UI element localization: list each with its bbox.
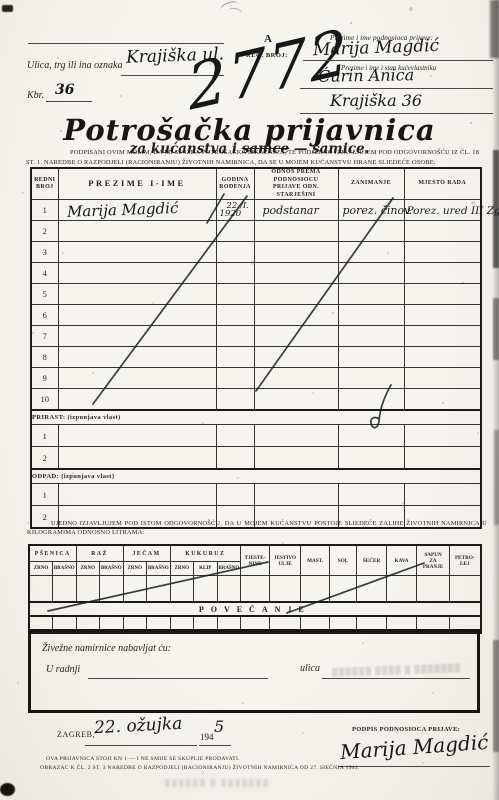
purchase-intro-label: Živežne namirnice nabavljat ću: (42, 643, 171, 654)
supplies-empty-cell (330, 576, 357, 603)
supplies-empty-cell (53, 576, 77, 603)
member-occupation-cell (338, 389, 404, 411)
supplies-sub-header: ZRNO (123, 562, 147, 576)
member-name-cell (58, 326, 216, 347)
member-birth-cell (216, 389, 254, 411)
row-number: 5 (31, 284, 58, 305)
empty-cell (338, 484, 404, 506)
supplies-sub-header: ZRNO (170, 562, 194, 576)
odpad-label: ODPAD: (izpunjava vlast) (31, 469, 481, 484)
place-label: ZAGREB, (57, 730, 95, 739)
supplies-empty-cell (170, 576, 194, 603)
member-occupation-value: porez. činov. (339, 204, 413, 217)
signature-underline (338, 766, 490, 767)
member-workplace-cell (404, 347, 481, 368)
empty-cell (216, 425, 254, 447)
odpad-row: 1 (31, 484, 481, 506)
member-name-value: Marija Magdić (58, 198, 178, 220)
supplies-empty-cell (100, 576, 124, 603)
member-relation-cell (254, 263, 338, 284)
date-underline (85, 745, 197, 746)
supplies-sub-header: ZRNO (76, 562, 100, 576)
row-number: 10 (31, 389, 58, 411)
member-row: 1Marija Magdić22./I.1920podstanarporez. … (31, 200, 481, 221)
member-relation-cell (254, 305, 338, 326)
members-header-row: REDNI BROJ PREZIME I-IME GODINA ROĐENJA … (31, 168, 481, 200)
supplies-empty-cell (194, 576, 218, 603)
member-occupation-cell (338, 326, 404, 347)
prirast-label: PRIRAST: (izpunjava vlast) (31, 410, 481, 425)
member-row: 8 (31, 347, 481, 368)
scanned-form-page: Ulica, trg ili ina oznaka Krajiška ul. K… (0, 0, 499, 800)
member-occupation-cell (338, 221, 404, 242)
member-name-cell (58, 242, 216, 263)
header-mjesto-rada: MJESTO RADA (404, 168, 481, 200)
member-workplace-cell (404, 368, 481, 389)
supplies-column-header: TJESTE- NINE (241, 545, 270, 576)
ink-smudge (227, 7, 243, 19)
paper-noise (0, 0, 2, 2)
supplies-column-header: PETRO- LEJ (450, 545, 481, 576)
household-members-table: REDNI BROJ PREZIME I-IME GODINA ROĐENJA … (30, 167, 482, 529)
scan-edge-mark (493, 298, 499, 360)
landlord-underline (300, 88, 493, 89)
member-occupation-cell (338, 242, 404, 263)
scan-corner-mark (2, 5, 13, 12)
supplies-group-header: KUKURUZ (170, 545, 241, 562)
member-birth-cell (216, 263, 254, 284)
supplies-empty-cell (241, 576, 270, 603)
member-workplace-cell: Porez. ured III Zgb (404, 200, 481, 221)
fine-print-price: OVA PRIJAVNICA STOJI KN 1·— I NE SMIJE S… (46, 756, 240, 762)
prirast-row: 1 (31, 425, 481, 447)
supplies-empty-cell (301, 576, 330, 603)
member-occupation-cell (338, 284, 404, 305)
member-relation-cell (254, 368, 338, 389)
header-odnos: ODNOS PREMA PODNOSIOCU PRIJAVE ODN. STAR… (254, 168, 338, 200)
supplies-sub-header: BRAŠNO (53, 562, 77, 576)
empty-cell (58, 484, 216, 506)
member-birth-cell (216, 221, 254, 242)
scan-corner-mark (0, 783, 15, 796)
supplies-group-header: JEČAM (123, 545, 170, 562)
member-relation-cell (254, 284, 338, 305)
empty-cell (338, 447, 404, 470)
empty-cell (254, 425, 338, 447)
fine-print-regulation: OBRAZAC K ČL. 2 ST. 3 NAREDBE O RAZPODJE… (40, 765, 360, 771)
supplies-column-header: SOL (330, 545, 357, 576)
member-row: 6 (31, 305, 481, 326)
member-relation-cell (254, 389, 338, 411)
member-birth-cell: 22./I.1920 (216, 200, 254, 221)
row-number: 7 (31, 326, 58, 347)
povecanje-band: POVEĆANJE (29, 602, 481, 616)
empty-cell (216, 484, 254, 506)
supplies-group-header: PŠENICA (29, 545, 76, 562)
member-occupation-cell: porez. činov. (338, 200, 404, 221)
row-number: 1 (31, 425, 58, 447)
member-name-cell: Marija Magdić (58, 200, 216, 221)
member-relation-cell (254, 242, 338, 263)
supplies-header-row-1: PŠENICARAŽJEČAMKUKURUZTJESTE- NINEJESTIV… (29, 545, 481, 562)
member-row: 4 (31, 263, 481, 284)
header-godina-rodjenja: GODINA ROĐENJA (216, 168, 254, 200)
member-name-cell (58, 389, 216, 411)
supplies-group-header: RAŽ (76, 545, 123, 562)
applicant-name-handwritten: Marija Magdić (313, 36, 440, 60)
row-number: 1 (31, 200, 58, 221)
scan-edge-mark (493, 150, 499, 268)
supplies-empty-cell (147, 576, 171, 603)
member-workplace-value: Porez. ured III Zgb (405, 205, 499, 217)
member-workplace-cell (404, 305, 481, 326)
member-birth-cell (216, 326, 254, 347)
member-row: 3 (31, 242, 481, 263)
row-number: 1 (31, 484, 58, 506)
member-name-cell (58, 263, 216, 284)
supplies-empty-row (29, 576, 481, 603)
member-relation-cell (254, 221, 338, 242)
supplies-column-header: KAVA (387, 545, 417, 576)
supplies-column-header: ŠEĆER (357, 545, 387, 576)
scan-edge-mark (493, 640, 499, 752)
year-printed: 194 (200, 732, 214, 742)
member-name-cell (58, 305, 216, 326)
shop-underline (88, 678, 268, 679)
date-handwritten: 22. ožujka (94, 714, 183, 739)
empty-cell (404, 425, 481, 447)
member-workplace-cell (404, 326, 481, 347)
prirast-label-row: PRIRAST: (izpunjava vlast) (31, 410, 481, 425)
member-birth-cell (216, 284, 254, 305)
member-occupation-cell (338, 305, 404, 326)
birth-year-value: 1920 (217, 210, 254, 218)
blank-line (28, 43, 224, 44)
scan-edge-mark (490, 0, 499, 58)
supplies-column-header: MAST. (301, 545, 330, 576)
member-workplace-cell (404, 221, 481, 242)
house-number-underline (46, 101, 92, 102)
member-row: 5 (31, 284, 481, 305)
street-field-underline (322, 678, 470, 679)
scan-edge-mark (494, 430, 499, 525)
supplies-sub-header: KLIP (194, 562, 218, 576)
row-number: 2 (31, 221, 58, 242)
house-number-value-handwritten: 36 (55, 82, 74, 98)
supplies-column-header: SAPUN ZA PRANJE (417, 545, 450, 576)
row-number: 3 (31, 242, 58, 263)
supplies-empty-cell (29, 576, 53, 603)
house-number-label: Kbr. (27, 90, 44, 101)
prirast-row: 2 (31, 447, 481, 470)
empty-cell (216, 447, 254, 470)
row-number: 8 (31, 347, 58, 368)
declaration-paragraph: PODPISANI OVIM MOLIM, DA MI SE IZDA POTR… (26, 148, 479, 167)
member-name-cell (58, 368, 216, 389)
supplies-empty-cell (217, 576, 241, 603)
header-prezime-ime: PREZIME I-IME (58, 168, 216, 200)
street-label: Ulica, trg ili ina oznaka (27, 60, 122, 71)
row-number: 9 (31, 368, 58, 389)
signature-handwritten: Marija Magdić (339, 730, 489, 764)
member-row: 9 (31, 368, 481, 389)
row-number: 4 (31, 263, 58, 284)
year-underline (199, 745, 231, 746)
member-workplace-cell (404, 284, 481, 305)
member-birth-cell (216, 242, 254, 263)
empty-cell (58, 447, 216, 470)
member-workplace-cell (404, 263, 481, 284)
supplies-declaration: UJEDNO IZJAVLJUJEM POD ISTOM ODGOVORNOŠĆ… (27, 519, 487, 537)
member-row: 7 (31, 326, 481, 347)
empty-cell (404, 484, 481, 506)
member-row: 10 (31, 389, 481, 411)
member-relation-cell (254, 347, 338, 368)
empty-cell (58, 425, 216, 447)
supplies-sub-header: BRAŠNO (217, 562, 241, 576)
bleed-through-mark: ▒▒▒▒▒▒ ▒ ▒▒▒▒▒▒▒ (165, 779, 270, 787)
header-redni-broj: REDNI BROJ (31, 168, 58, 200)
member-occupation-cell (338, 368, 404, 389)
landlord-address-handwritten: Krajiška 36 (330, 91, 422, 110)
member-workplace-cell (404, 389, 481, 411)
supplies-empty-cell (417, 576, 450, 603)
odpad-label-row: ODPAD: (izpunjava vlast) (31, 469, 481, 484)
supplies-empty-cell (357, 576, 387, 603)
empty-cell (338, 425, 404, 447)
header-zanimanje: ZANIMANJE (338, 168, 404, 200)
member-workplace-cell (404, 242, 481, 263)
member-row: 2 (31, 221, 481, 242)
supplies-empty-cell (270, 576, 301, 603)
member-birth-cell (216, 347, 254, 368)
supplies-empty-cell (123, 576, 147, 603)
supplies-empty-cell (450, 576, 481, 603)
supplies-sub-header: BRAŠNO (100, 562, 124, 576)
member-relation-cell (254, 326, 338, 347)
empty-cell (254, 484, 338, 506)
street-field-label: ulica (300, 663, 320, 674)
row-number: 2 (31, 447, 58, 470)
supplies-column-header: JESTIVO ULJE (270, 545, 301, 576)
member-occupation-cell (338, 263, 404, 284)
member-relation-value: podstanar (255, 204, 319, 217)
member-name-cell (58, 347, 216, 368)
empty-cell (404, 447, 481, 470)
supplies-empty-cell (387, 576, 417, 603)
supplies-sub-header: BRAŠNO (147, 562, 171, 576)
year-handwritten: 5 (214, 717, 224, 736)
empty-cell (254, 447, 338, 470)
shop-label: U radnji (46, 664, 80, 675)
row-number: 6 (31, 305, 58, 326)
member-birth-cell (216, 368, 254, 389)
landlord-name-handwritten: Ćurin Anica (318, 65, 415, 86)
member-relation-cell: podstanar (254, 200, 338, 221)
applicant-underline (303, 60, 493, 61)
member-occupation-cell (338, 347, 404, 368)
povecanje-row: POVEĆANJE (29, 602, 481, 616)
supplies-table: PŠENICARAŽJEČAMKUKURUZTJESTE- NINEJESTIV… (28, 544, 482, 634)
member-name-cell (58, 284, 216, 305)
member-name-cell (58, 221, 216, 242)
supplies-sub-header: ZRNO (29, 562, 53, 576)
member-birth-cell (216, 305, 254, 326)
supplies-empty-cell (76, 576, 100, 603)
